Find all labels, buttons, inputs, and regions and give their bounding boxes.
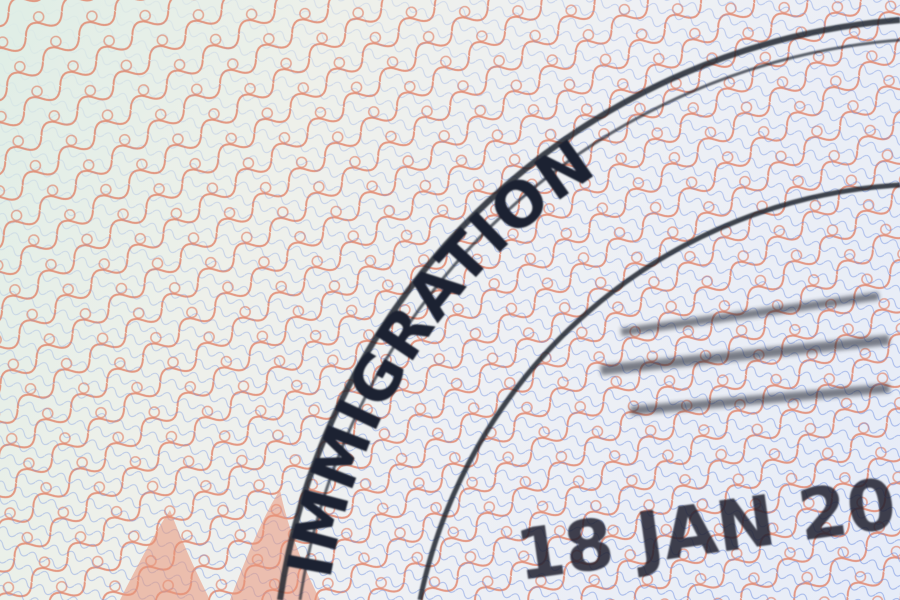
passport-photo: IMMIGRATION 18 JAN 20 bbox=[0, 0, 900, 600]
